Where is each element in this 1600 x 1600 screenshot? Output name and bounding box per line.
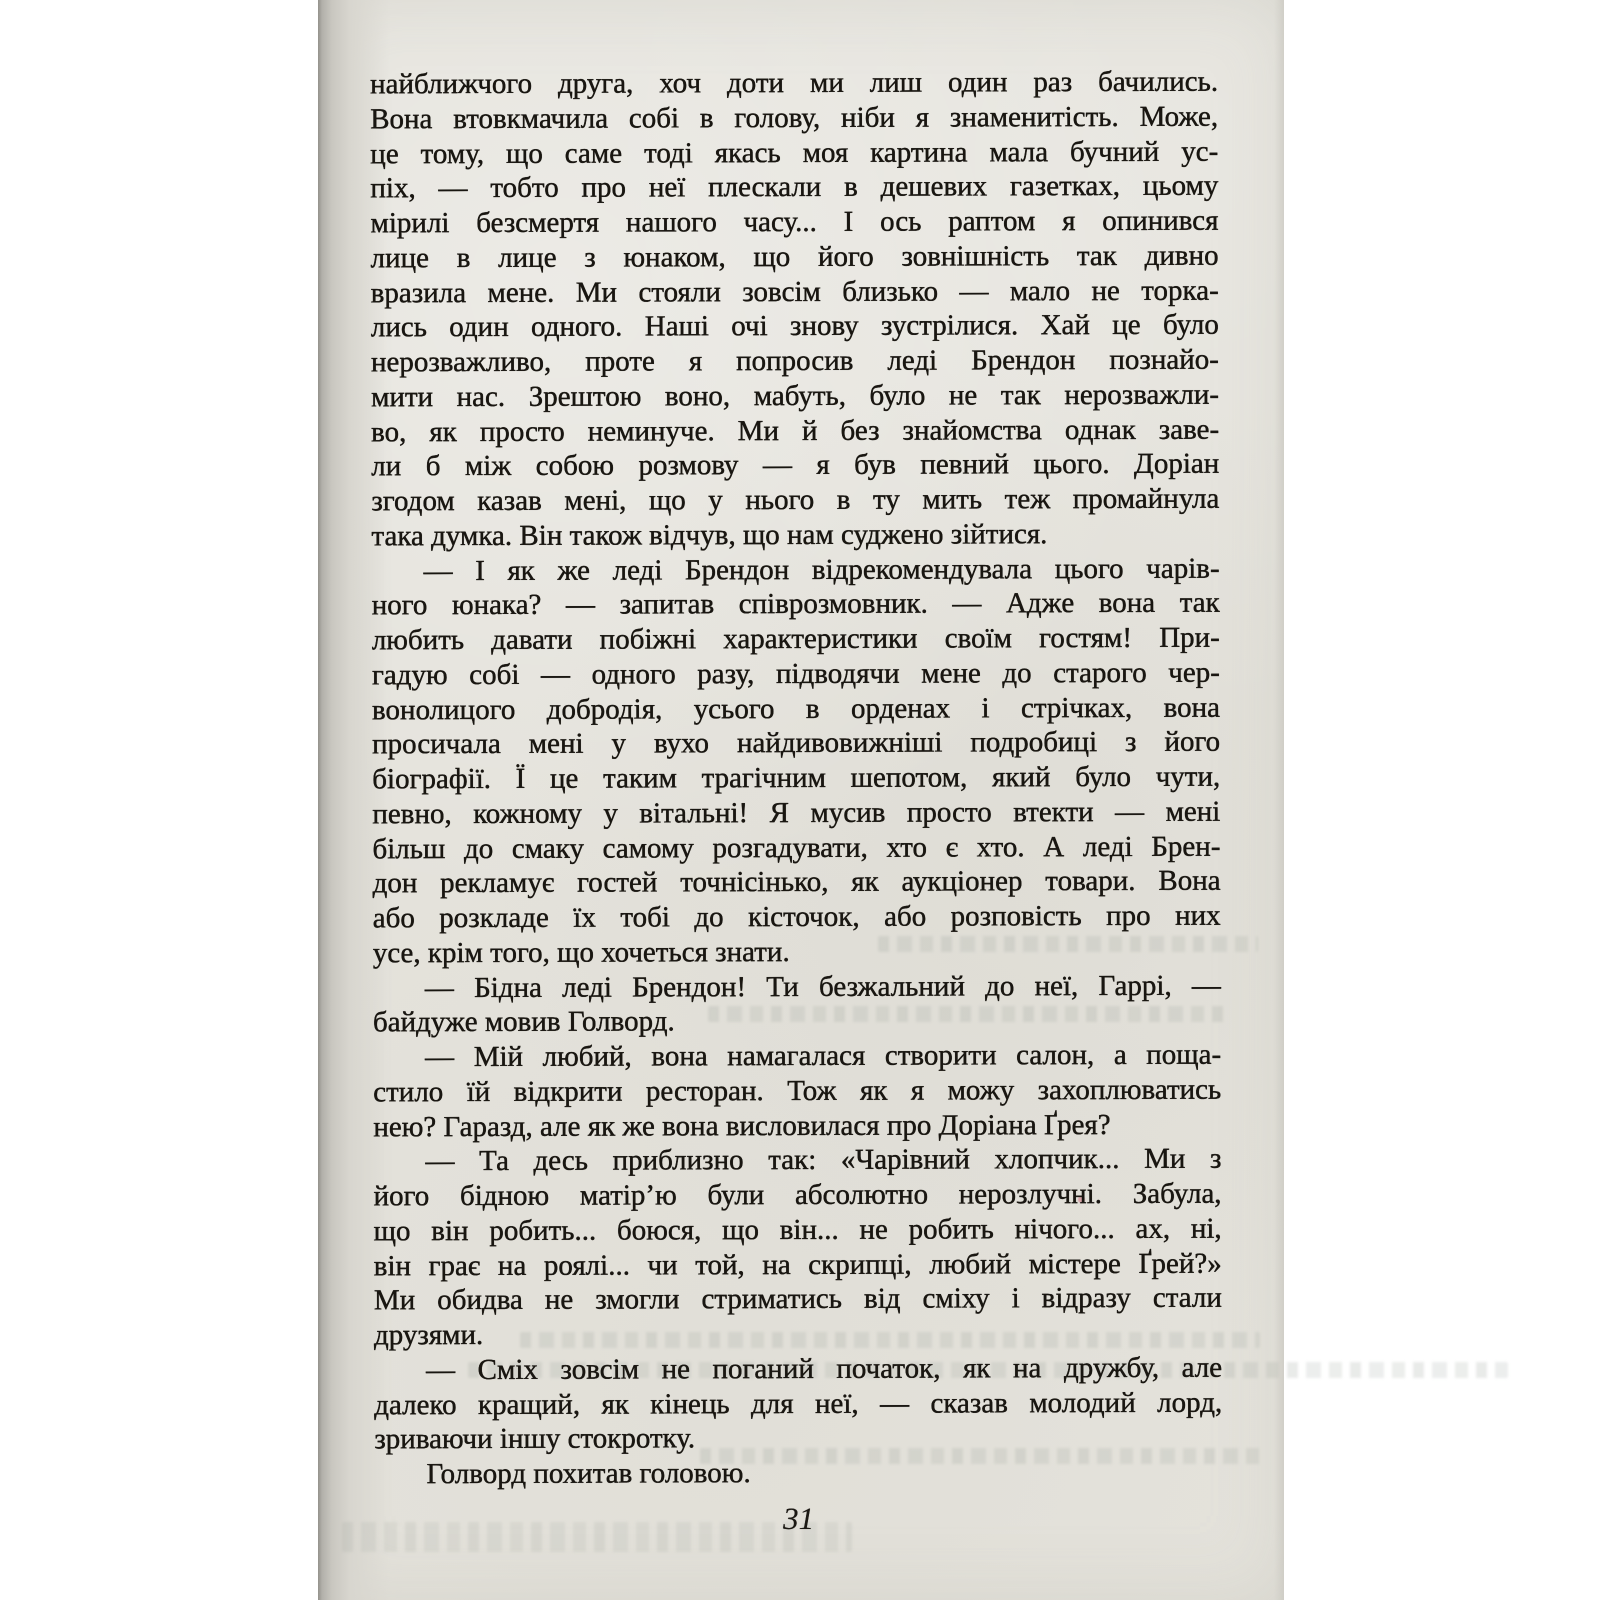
text-line: Ми обидва не змогли стриматись від сміху… xyxy=(374,1281,1222,1318)
text-line: — Мій любий, вона намагалася створити са… xyxy=(373,1038,1221,1075)
text-line: нею? Гаразд, але як же вона висловилася … xyxy=(373,1107,1221,1144)
text-line: усе, крім того, що хочеться знати. xyxy=(373,933,1221,970)
body-text: найближчого друга, хоч доти ми лиш один … xyxy=(370,65,1222,1492)
text-line: мити нас. Зрештою воно, мабуть, було не … xyxy=(371,377,1219,414)
text-line: стило їй відкрити ресторан. Тож як я мож… xyxy=(373,1072,1221,1109)
text-line: — Та десь приблизно так: «Чарівний хлопч… xyxy=(373,1142,1221,1179)
text-line: вонолицого добродія, усього в орденах і … xyxy=(372,690,1220,727)
text-line: во, як просто неминуче. Ми й без знайомс… xyxy=(371,412,1219,449)
scanner-background: найближчого друга, хоч доти ми лиш один … xyxy=(0,0,1600,1600)
text-line: лице в лице з юнаком, що його зовнішніст… xyxy=(371,238,1219,275)
text-line: — Сміх зовсім не поганий початок, як на … xyxy=(374,1350,1222,1387)
text-line: любить давати побіжні характеристики сво… xyxy=(372,621,1220,658)
text-line: його бідною матір’ю були абсолютно нероз… xyxy=(373,1177,1221,1214)
text-line: така думка. Він також відчув, що нам суд… xyxy=(371,516,1219,553)
page-content: найближчого друга, хоч доти ми лиш один … xyxy=(370,65,1223,1538)
text-line: найближчого друга, хоч доти ми лиш один … xyxy=(370,65,1218,102)
text-line: вразила мене. Ми стояли зовсім близько —… xyxy=(371,273,1219,310)
text-line: це тому, що саме тоді якась моя картина … xyxy=(370,134,1218,171)
text-line: або розкладе їх тобі до кісточок, або ро… xyxy=(373,899,1221,936)
text-line: гадую собі — одного разу, підводячи мене… xyxy=(372,655,1220,692)
text-line: Вона втовкмачила собі в голову, ніби я з… xyxy=(370,99,1218,136)
text-line: нерозважливо, проте я попросив леді Брен… xyxy=(371,343,1219,380)
text-line: — Бідна леді Брендон! Ти безжальний до н… xyxy=(373,968,1221,1005)
text-line: що він робить... боюся, що він... не роб… xyxy=(374,1211,1222,1248)
text-line: згодом казав мені, що у нього в ту мить … xyxy=(371,482,1219,519)
text-line: друзями. xyxy=(374,1316,1222,1353)
text-line: просичала мені у вухо найдивовижніші под… xyxy=(372,725,1220,762)
book-page: найближчого друга, хоч доти ми лиш один … xyxy=(318,0,1284,1600)
text-line: дон рекламує гостей точнісінько, як аукц… xyxy=(373,864,1221,901)
text-line: байдуже мовив Голворд. xyxy=(373,1003,1221,1040)
text-line: мірилі безсмертя нашого часу... І ось ра… xyxy=(370,204,1218,241)
text-line: ли б між собою розмову — я був певний ць… xyxy=(371,447,1219,484)
text-line: ного юнака? — запитав співрозмовник. — А… xyxy=(372,586,1220,623)
text-line: лись один одного. Наші очі знову зустріл… xyxy=(371,308,1219,345)
text-line: піх, — тобто про неї плескали в дешевих … xyxy=(370,169,1218,206)
text-line: — І як же леді Брендон відрекомендувала … xyxy=(372,551,1220,588)
text-line: зриваючи іншу стокротку. xyxy=(374,1420,1222,1457)
text-line: далеко кращий, як кінець для неї, — сказ… xyxy=(374,1385,1222,1422)
text-line: біографії. Ї це таким трагічним шепотом,… xyxy=(372,760,1220,797)
page-number: 31 xyxy=(375,1499,1223,1538)
text-line: більш до смаку самому розгадувати, хто є… xyxy=(372,829,1220,866)
text-line: Голворд похитав головою. xyxy=(374,1455,1222,1492)
text-line: певно, кожному у вітальні! Я мусив прост… xyxy=(372,794,1220,831)
text-line: він грає на роялі... чи той, на скрипці,… xyxy=(374,1246,1222,1283)
